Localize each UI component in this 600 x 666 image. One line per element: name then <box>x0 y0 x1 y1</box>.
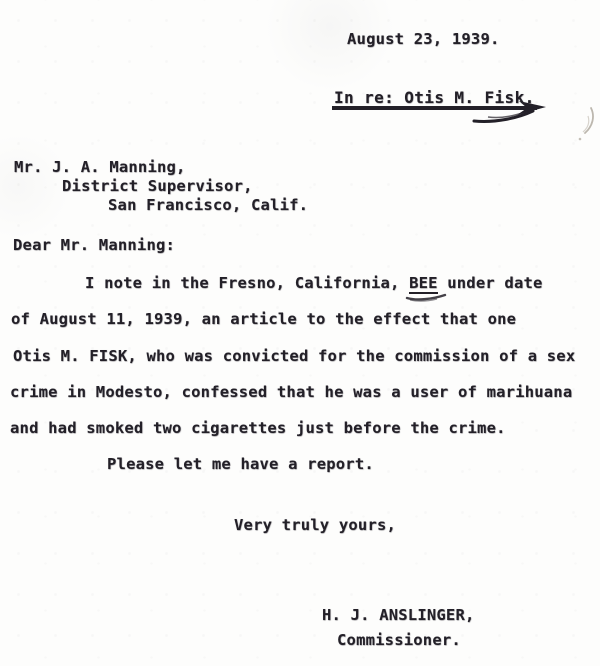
signature-title: Commissioner. <box>337 631 461 649</box>
recipient-title: District Supervisor, <box>62 177 253 195</box>
body-line-6: Please let me have a report. <box>107 455 374 473</box>
margin-pen-mark-icon <box>568 102 600 147</box>
recipient-name: Mr. J. A. Manning, <box>14 158 186 176</box>
body-line-1-pre: I note in the Fresno, California, <box>85 274 409 292</box>
letter-date: August 23, 1939. <box>347 30 500 48</box>
recipient-location: San Francisco, Calif. <box>108 196 308 214</box>
closing: Very truly yours, <box>234 516 396 534</box>
subject-underline-arrow-icon <box>328 101 554 129</box>
body-line-4: crime in Modesto, confessed that he was … <box>10 383 572 401</box>
salutation: Dear Mr. Manning: <box>13 236 175 254</box>
signature-name: H. J. ANSLINGER, <box>322 606 475 624</box>
bee-text: BEE <box>409 274 438 292</box>
body-line-3: Otis M. FISK, who was convicted for the … <box>13 347 575 365</box>
letter-page: August 23, 1939. In re: Otis M. Fisk. Mr… <box>0 0 600 666</box>
body-line-5: and had smoked two cigarettes just befor… <box>10 419 506 437</box>
bee-underline-mark-icon <box>405 292 447 302</box>
body-line-1: I note in the Fresno, California, BEE un… <box>85 274 543 294</box>
body-line-2: of August 11, 1939, an article to the ef… <box>11 310 516 328</box>
bee-emphasis: BEE <box>409 276 438 294</box>
body-line-1-post: under date <box>438 274 543 292</box>
